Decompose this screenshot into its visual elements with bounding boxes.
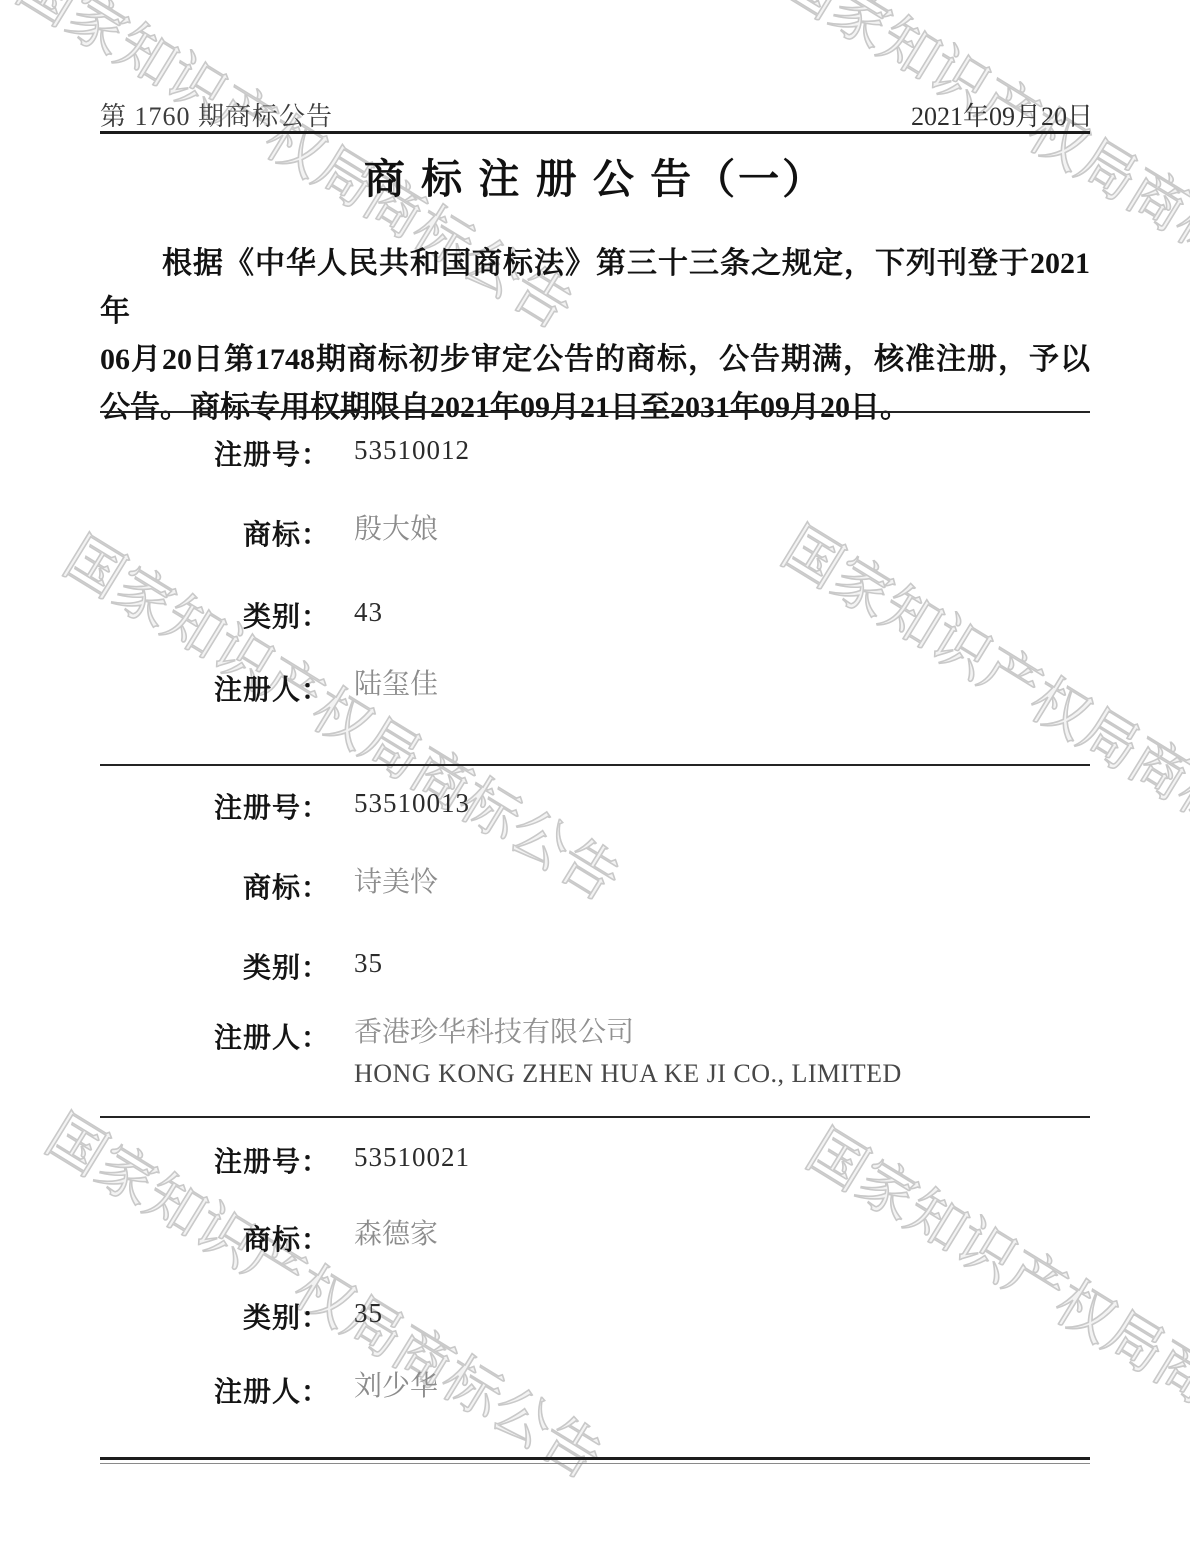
registrant-label: 注册人： (100, 1370, 330, 1410)
entry2-reg-no-row: 注册号： 53510013 (100, 786, 990, 826)
entry2-mark-row: 商标： 诗美怜 (100, 866, 990, 906)
class-value: 35 (354, 1296, 383, 1330)
entry2-class-row: 类别： 35 (100, 946, 990, 986)
gazette-date: 2021年09月20日 (911, 96, 1093, 133)
entry1-registrant-row: 注册人： 陆玺佳 (100, 668, 990, 708)
reg-no-value: 53510021 (354, 1140, 470, 1174)
intro-line-1: 根据《中华人民共和国商标法》第三十三条之规定，下列刊登于2021年 (100, 240, 1090, 336)
class-label: 类别： (100, 595, 330, 635)
reg-no-label: 注册号： (100, 1140, 330, 1180)
intro-paragraph: 根据《中华人民共和国商标法》第三十三条之规定，下列刊登于2021年 06月20日… (100, 240, 1090, 432)
reg-no-label: 注册号： (100, 786, 330, 826)
entry2-registrant-row: 注册人： 香港珍华科技有限公司 HONG KONG ZHEN HUA KE JI… (100, 1016, 990, 1091)
gazette-issue-label: 第 1760 期商标公告 (100, 96, 333, 133)
class-value: 43 (354, 595, 383, 629)
class-value: 35 (354, 946, 383, 980)
watermark-middle-left: 国家知识产权局商标公告 (55, 528, 629, 911)
header-rule (100, 131, 1090, 134)
section-divider (100, 764, 1090, 766)
page-title: 商 标 注 册 公 告（一） (0, 146, 1190, 205)
watermark-middle-right: 国家知识产权局商标公告 (773, 518, 1190, 901)
reg-no-value: 53510013 (354, 786, 470, 820)
reg-no-label: 注册号： (100, 433, 330, 473)
mark-value: 殷大娘 (354, 513, 438, 547)
registrant-value: 陆玺佳 (354, 668, 438, 702)
section-divider (100, 411, 1090, 413)
registrant-label: 注册人： (100, 668, 330, 708)
mark-value: 森德家 (354, 1218, 438, 1252)
mark-label: 商标： (100, 513, 330, 553)
entry1-reg-no-row: 注册号： 53510012 (100, 433, 990, 473)
class-label: 类别： (100, 946, 330, 986)
reg-no-value: 53510012 (354, 433, 470, 467)
intro-line-2: 06月20日第1748期商标初步审定公告的商标，公告期满，核准注册，予以 (100, 336, 1090, 384)
mark-label: 商标： (100, 1218, 330, 1258)
section-divider (100, 1116, 1090, 1118)
mark-label: 商标： (100, 866, 330, 906)
entry3-class-row: 类别： 35 (100, 1296, 990, 1336)
entry3-mark-row: 商标： 森德家 (100, 1218, 990, 1258)
registrant-value-cn: 香港珍华科技有限公司 (354, 1016, 902, 1050)
registrant-label: 注册人： (100, 1016, 330, 1056)
registrant-value-en: HONG KONG ZHEN HUA KE JI CO., LIMITED (354, 1057, 902, 1091)
bottom-rule (100, 1457, 1090, 1464)
mark-value: 诗美怜 (354, 866, 438, 900)
class-label: 类别： (100, 1296, 330, 1336)
entry1-mark-row: 商标： 殷大娘 (100, 513, 990, 553)
trademark-gazette-page: 国家知识产权局商标公告 国家知识产权局商标公告 国家知识产权局商标公告 国家知识… (0, 0, 1190, 1564)
entry3-registrant-row: 注册人： 刘少华 (100, 1370, 990, 1410)
entry1-class-row: 类别： 43 (100, 595, 990, 635)
entry3-reg-no-row: 注册号： 53510021 (100, 1140, 990, 1180)
registrant-value: 刘少华 (354, 1370, 438, 1404)
intro-line-3: 公告。商标专用权期限自2021年09月21日至2031年09月20日。 (100, 384, 1090, 432)
